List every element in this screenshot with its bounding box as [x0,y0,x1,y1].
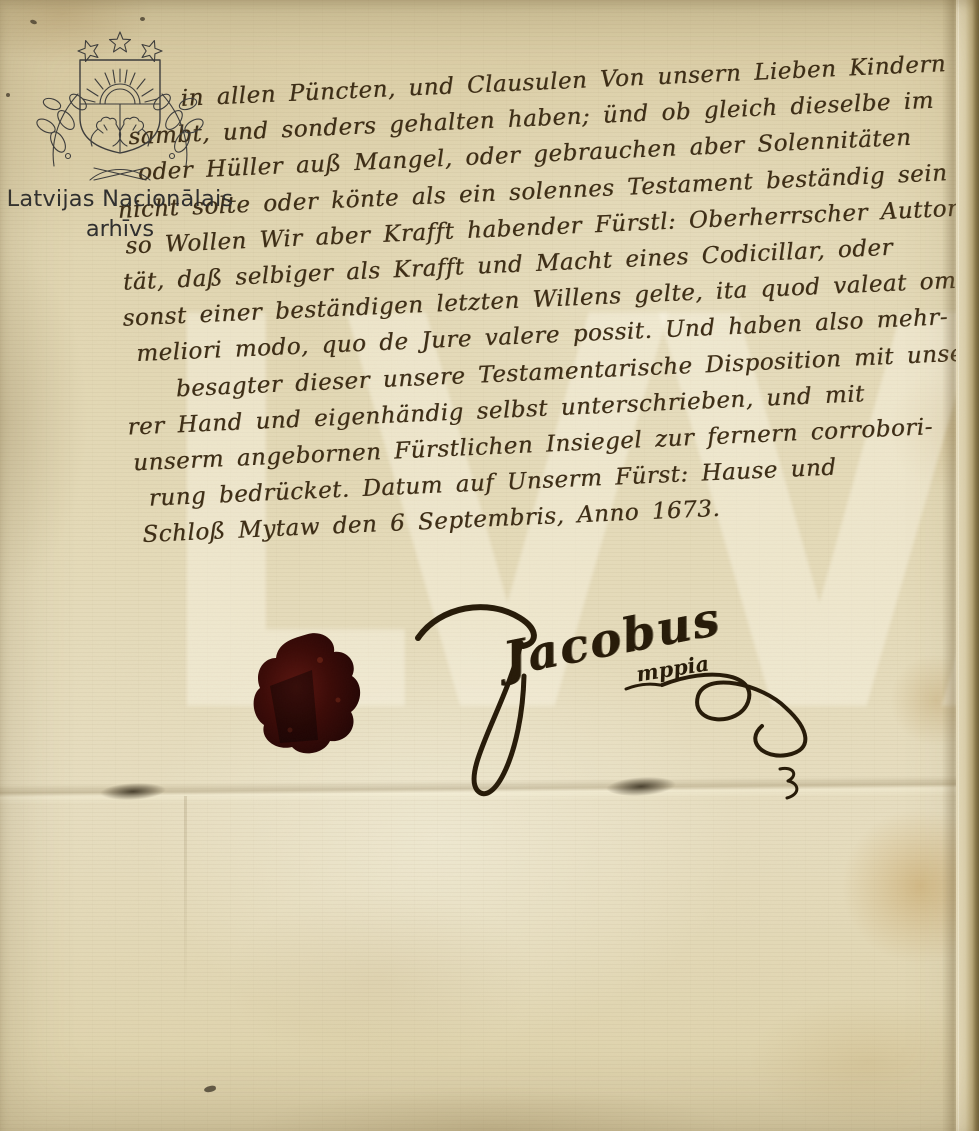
page-fore-edge [956,0,979,1131]
ink-speck [204,1085,217,1093]
wax-seal [250,630,366,760]
vertical-crease [184,796,187,1006]
archive-logo: Latvijas Nacionālais arhīvs [6,30,234,244]
archive-name-line2: arhīvs [6,214,234,244]
document-scan-page: LVVA in allen Püncten, und Clausulen Von… [0,0,979,1131]
ink-speck [140,17,145,21]
archive-name-line1: Latvijas Nacionālais [6,184,234,214]
latvia-coat-of-arms-icon [32,30,208,184]
manuscript-text: in allen Püncten, und Clausulen Von unse… [112,45,979,554]
signature-block: Jacobus mppia [390,592,880,812]
ink-speck [30,19,38,25]
